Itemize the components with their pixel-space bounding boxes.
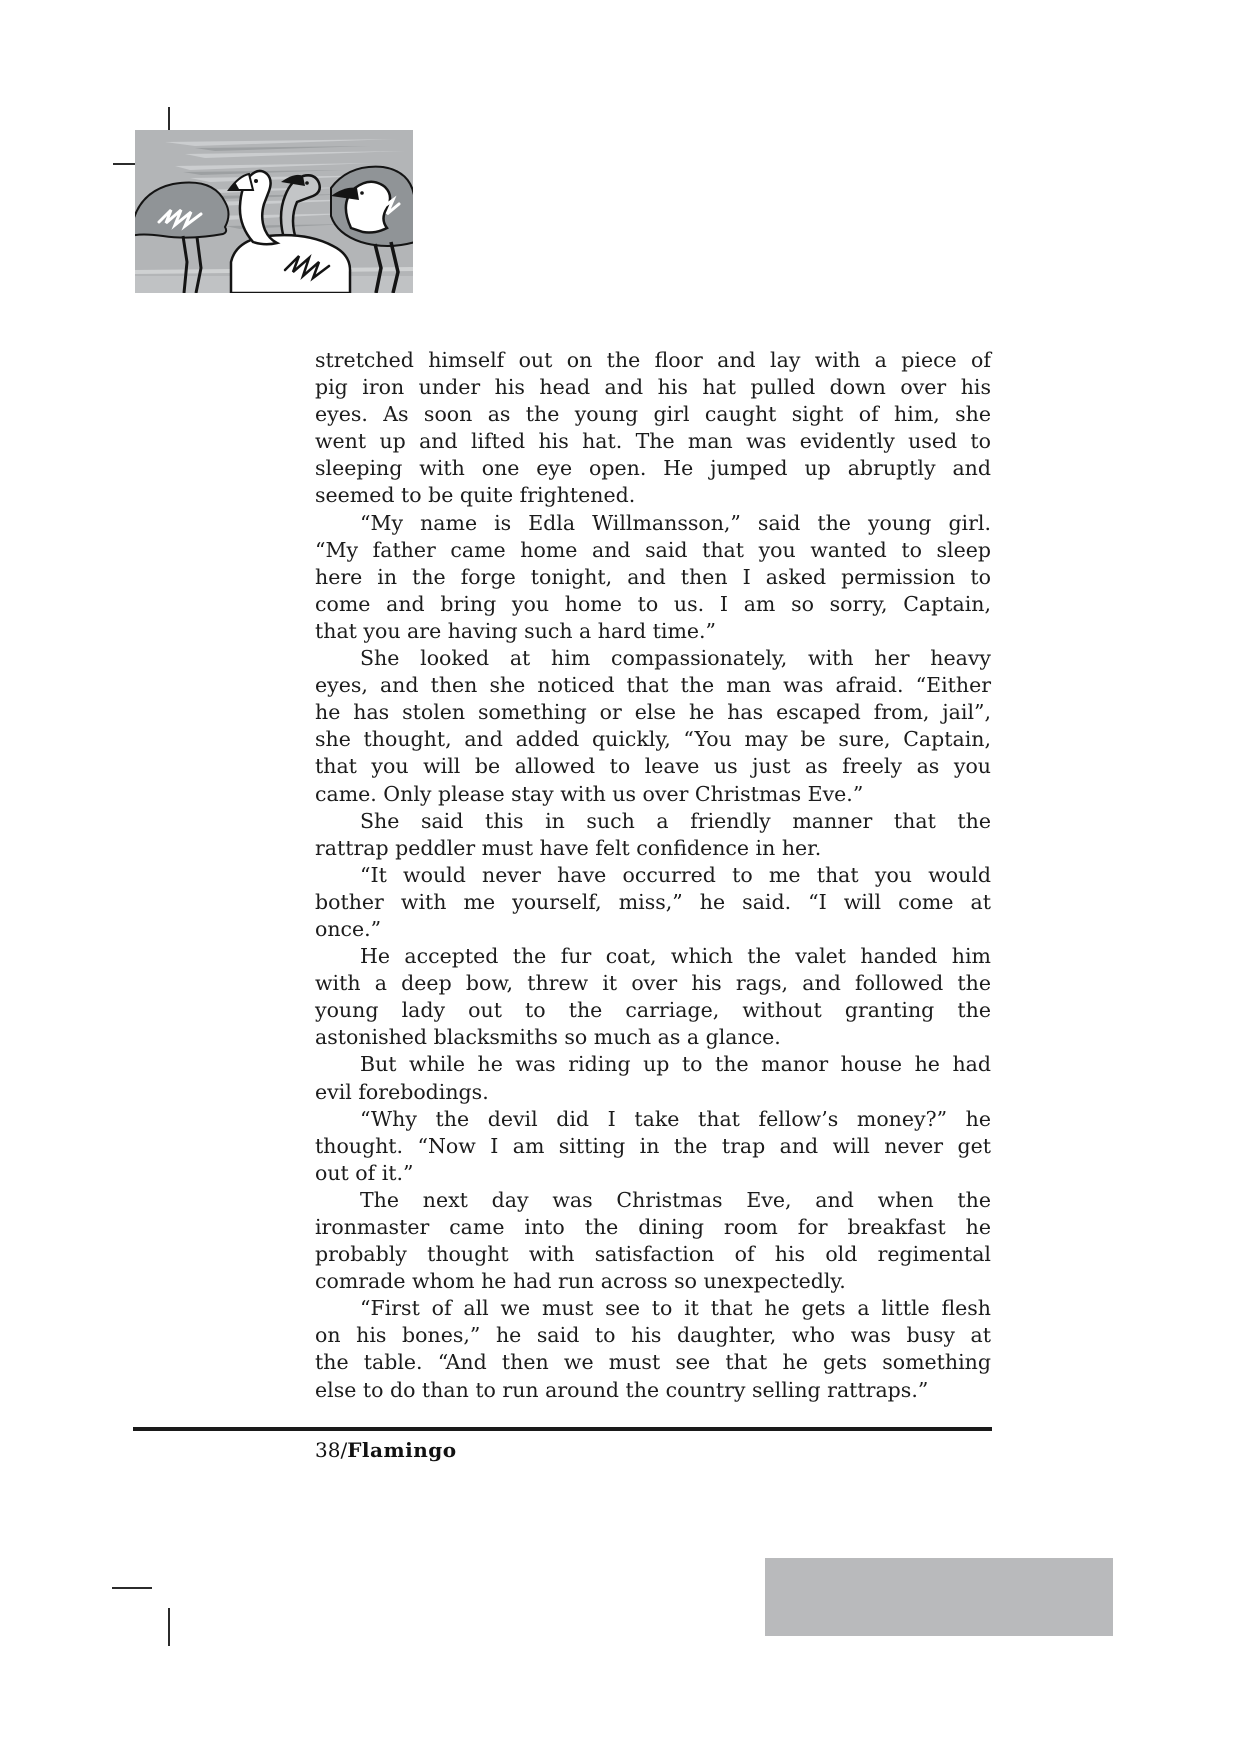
text-line: pig iron under his head and his hat pull…: [315, 374, 991, 401]
text-line: came. Only please stay with us over Chri…: [315, 781, 991, 808]
paragraph: “Why the devil did I take that fellow’s …: [315, 1106, 991, 1187]
text-line: eyes. As soon as the young girl caught s…: [315, 401, 991, 428]
text-line: ironmaster came into the dining room for…: [315, 1214, 991, 1241]
text-line: evil forebodings.: [315, 1079, 991, 1106]
text-line: here in the forge tonight, and then I as…: [315, 564, 991, 591]
text-line: that you are having such a hard time.”: [315, 618, 991, 645]
text-line: out of it.”: [315, 1160, 991, 1187]
text-line: with a deep bow, threw it over his rags,…: [315, 970, 991, 997]
paragraph: She said this in such a friendly manner …: [315, 808, 991, 862]
text-line: went up and lifted his hat. The man was …: [315, 428, 991, 455]
paragraph: She looked at him compassionately, with …: [315, 645, 991, 808]
paragraph: stretched himself out on the floor and l…: [315, 347, 991, 510]
flamingo-illustration: [135, 130, 413, 293]
paragraph: “My name is Edla Willmansson,” said the …: [315, 510, 991, 645]
text-line: on his bones,” he said to his daughter, …: [315, 1322, 991, 1349]
text-line: thought. “Now I am sitting in the trap a…: [315, 1133, 991, 1160]
flamingo-illustration-svg: [135, 130, 413, 293]
text-line: “My father came home and said that you w…: [315, 537, 991, 564]
text-line: else to do than to run around the countr…: [315, 1377, 991, 1404]
text-line: he has stolen something or else he has e…: [315, 699, 991, 726]
paragraph: The next day was Christmas Eve, and when…: [315, 1187, 991, 1295]
text-line: that you will be allowed to leave us jus…: [315, 753, 991, 780]
paragraph: “First of all we must see to it that he …: [315, 1295, 991, 1403]
text-line: bother with me yourself, miss,” he said.…: [315, 889, 991, 916]
text-line: “My name is Edla Willmansson,” said the …: [315, 510, 991, 537]
book-page: stretched himself out on the floor and l…: [0, 0, 1240, 1754]
text-line: eyes, and then she noticed that the man …: [315, 672, 991, 699]
text-line: she thought, and added quickly, “You may…: [315, 726, 991, 753]
page-footer: 38/Flamingo: [315, 1438, 457, 1462]
crop-mark-bottom-horizontal: [112, 1587, 152, 1589]
text-line: astonished blacksmiths so much as a glan…: [315, 1024, 991, 1051]
text-line: She said this in such a friendly manner …: [315, 808, 991, 835]
paragraph: “It would never have occurred to me that…: [315, 862, 991, 943]
text-line: the table. “And then we must see that he…: [315, 1349, 991, 1376]
text-line: But while he was riding up to the manor …: [315, 1051, 991, 1078]
text-line: stretched himself out on the floor and l…: [315, 347, 991, 374]
text-line: “It would never have occurred to me that…: [315, 862, 991, 889]
text-line: The next day was Christmas Eve, and when…: [315, 1187, 991, 1214]
paragraph: He accepted the fur coat, which the vale…: [315, 943, 991, 1051]
footer-rule: [133, 1427, 992, 1431]
text-line: “Why the devil did I take that fellow’s …: [315, 1106, 991, 1133]
page-number: 38: [315, 1438, 340, 1462]
text-line: come and bring you home to us. I am so s…: [315, 591, 991, 618]
text-line: young lady out to the carriage, without …: [315, 997, 991, 1024]
text-line: “First of all we must see to it that he …: [315, 1295, 991, 1322]
text-line: seemed to be quite frightened.: [315, 482, 991, 509]
text-line: He accepted the fur coat, which the vale…: [315, 943, 991, 970]
text-line: comrade whom he had run across so unexpe…: [315, 1268, 991, 1295]
text-line: rattrap peddler must have felt confidenc…: [315, 835, 991, 862]
text-line: sleeping with one eye open. He jumped up…: [315, 455, 991, 482]
text-line: She looked at him compassionately, with …: [315, 645, 991, 672]
text-line: once.”: [315, 916, 991, 943]
gray-placeholder-block: [765, 1558, 1113, 1636]
crop-mark-bottom-vertical: [168, 1608, 170, 1646]
paragraph: But while he was riding up to the manor …: [315, 1051, 991, 1105]
text-line: probably thought with satisfaction of hi…: [315, 1241, 991, 1268]
book-title: Flamingo: [347, 1438, 456, 1462]
story-text-block: stretched himself out on the floor and l…: [315, 347, 991, 1404]
